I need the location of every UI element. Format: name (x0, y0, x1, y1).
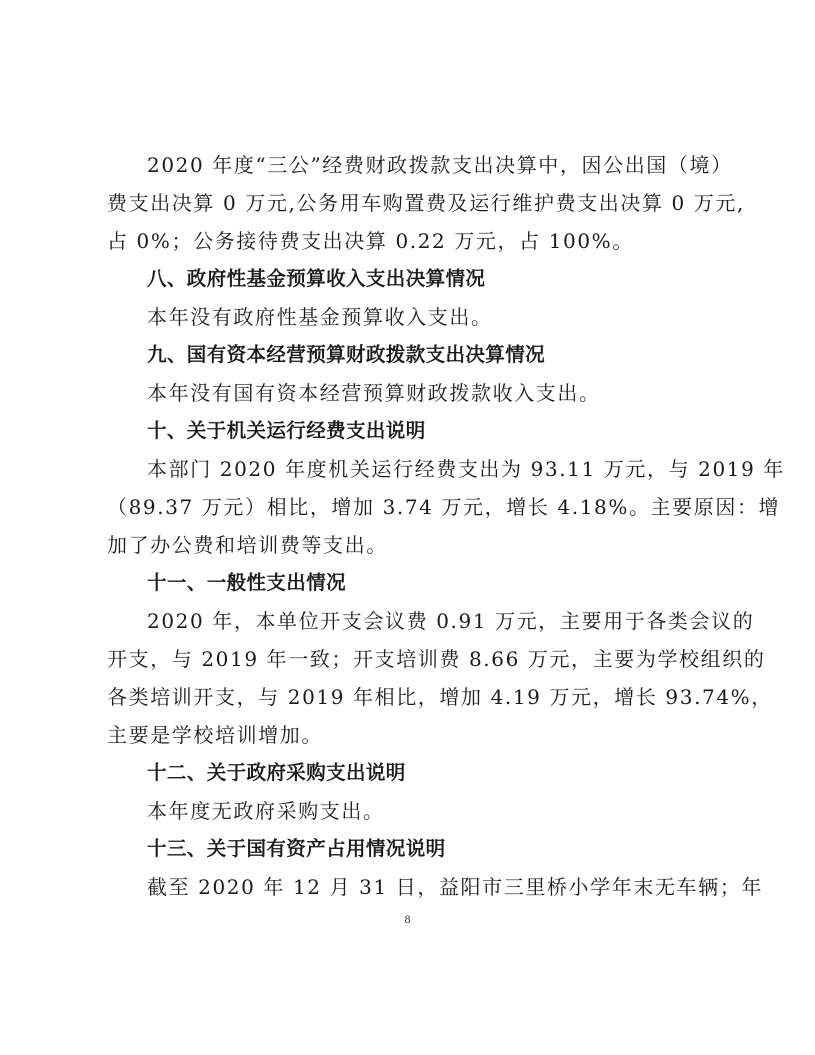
section-heading-9: 九、国有资本经营预算财政拨款支出决算情况 (147, 341, 759, 369)
section-heading-13: 十三、关于国有资产占用情况说明 (147, 835, 759, 863)
paragraph-line: 开支，与 2019 年一致；开支培训费 8.66 万元，主要为学校组织的 (107, 645, 719, 673)
document-page: 2020 年度“三公”经费财政拨款支出决算中，因公出国（境） 费支出决算 0 万… (0, 0, 815, 1055)
paragraph-line: 2020 年度“三公”经费财政拨款支出决算中，因公出国（境） (147, 151, 719, 179)
section-heading-12: 十二、关于政府采购支出说明 (147, 759, 759, 787)
paragraph-line: 本部门 2020 年度机关运行经费支出为 93.11 万元，与 2019 年 (147, 455, 719, 483)
paragraph-line: 主要是学校培训增加。 (107, 721, 719, 749)
paragraph-line: 本年没有国有资本经营预算财政拨款收入支出。 (147, 379, 719, 407)
paragraph-line: （89.37 万元）相比，增加 3.74 万元，增长 4.18%。主要原因：增 (107, 493, 719, 521)
paragraph-line: 各类培训开支，与 2019 年相比，增加 4.19 万元，增长 93.74%， (107, 683, 719, 711)
paragraph-line: 本年没有政府性基金预算收入支出。 (147, 303, 719, 331)
paragraph-line: 加了办公费和培训费等支出。 (107, 531, 719, 559)
section-heading-8: 八、政府性基金预算收入支出决算情况 (147, 265, 759, 293)
paragraph-line: 2020 年，本单位开支会议费 0.91 万元，主要用于各类会议的 (147, 607, 719, 635)
paragraph-line: 截至 2020 年 12 月 31 日，益阳市三里桥小学年末无车辆；年 (147, 873, 719, 901)
paragraph-line: 占 0%；公务接待费支出决算 0.22 万元，占 100%。 (107, 227, 719, 255)
paragraph-line: 本年度无政府采购支出。 (147, 797, 719, 825)
page-number: 8 (0, 912, 815, 927)
paragraph-line: 费支出决算 0 万元,公务用车购置费及运行维护费支出决算 0 万元, (107, 189, 719, 217)
section-heading-11: 十一、一般性支出情况 (147, 569, 759, 597)
section-heading-10: 十、关于机关运行经费支出说明 (147, 417, 759, 445)
